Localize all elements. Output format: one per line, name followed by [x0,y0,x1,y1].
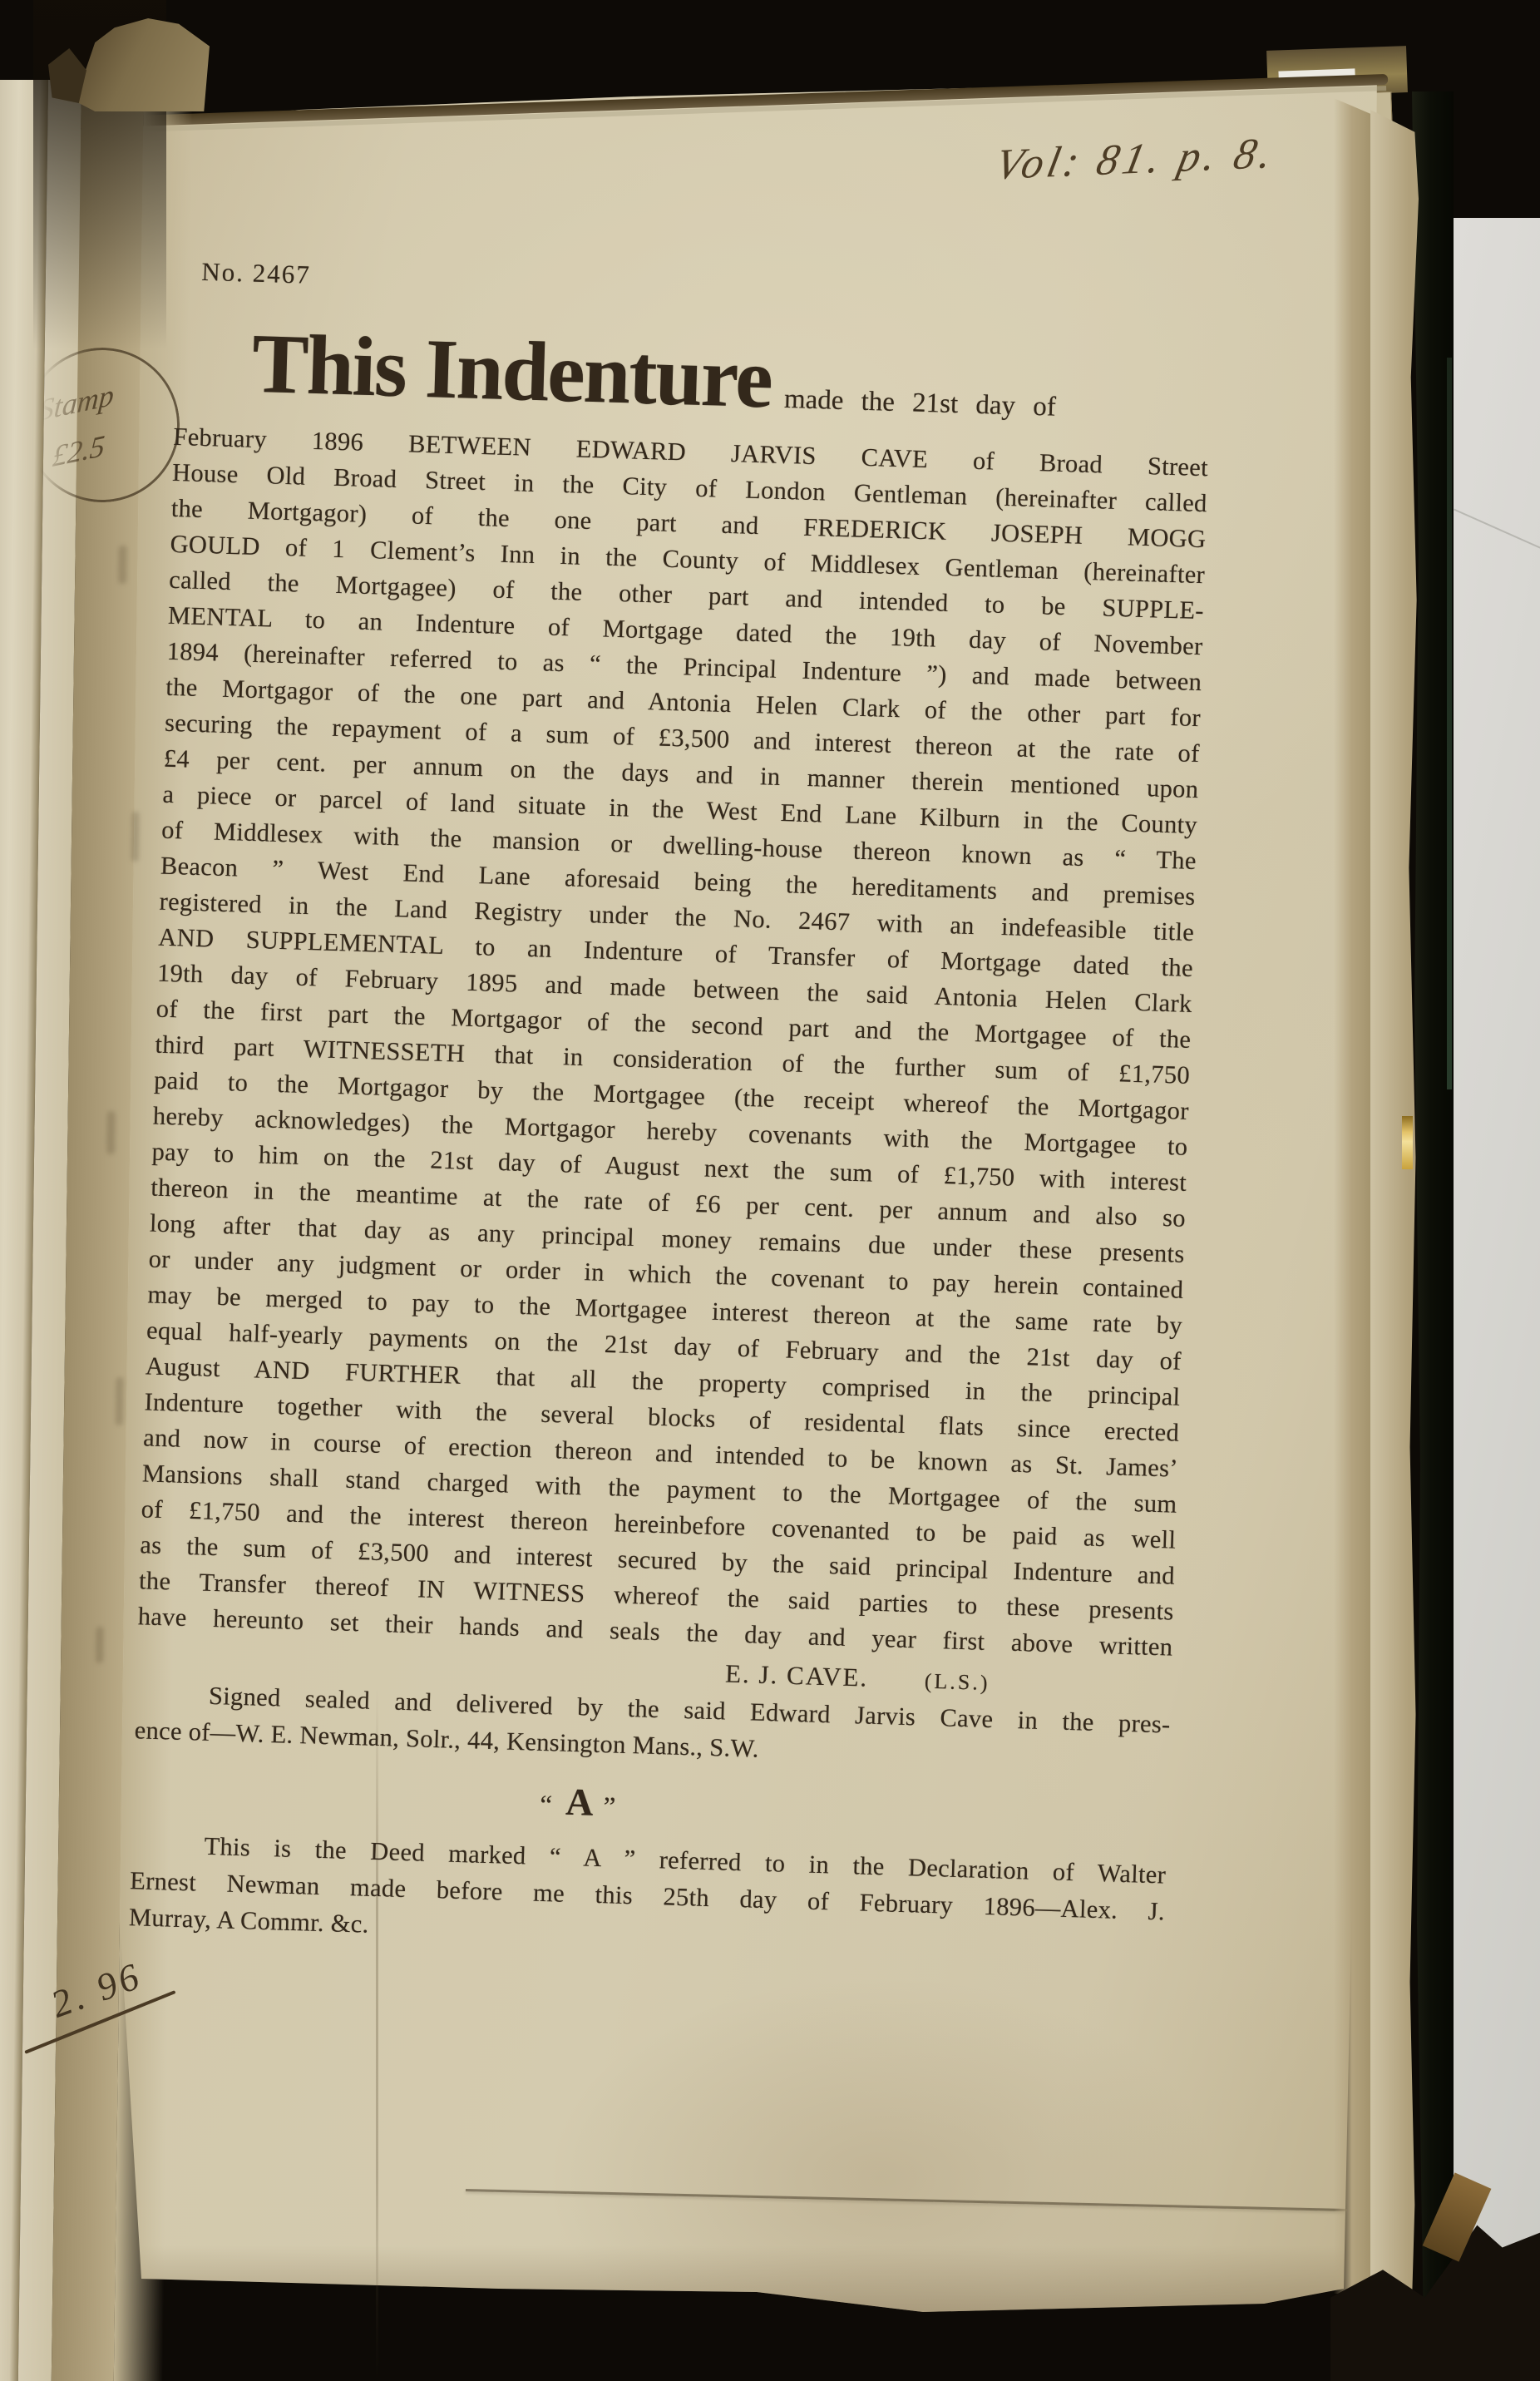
stamp-word: Stamp [37,377,115,428]
cover-cloth-highlight [1447,358,1452,1089]
exhibit-close-quote: ” [603,1792,619,1823]
ink-showthrough [116,1377,124,1425]
exhibit-letter: A [565,1781,595,1824]
page-bottom-wear [50,2245,1390,2312]
gilt-page-edge [1402,1116,1413,1169]
exhibit-open-quote: “ [540,1791,556,1821]
stamp-amount: £2.5 [52,427,106,474]
deed-heading: This Indenturemade the 21st day of [251,322,1212,436]
photograph-of-deed-page: Vol: 81. p. 8. Stamp £2.5 2. 96 No. 2467… [0,0,1540,2381]
signature-seal-mark: (L.S.) [924,1669,990,1695]
heading-blackletter: This Indenture [250,317,772,427]
page-edge-strip-light [1370,110,1419,2339]
ink-showthrough [106,1111,116,1154]
signature-name: E. J. CAVE. [725,1659,869,1692]
white-sheet-crease [1454,509,1540,561]
deed-printed-content: No. 2467 This Indenturemade the 21st day… [128,256,1213,1966]
ink-showthrough [118,546,127,584]
background-white-sheet [1449,218,1540,2381]
ink-showthrough [131,812,140,862]
deed-body: February 1896 BETWEEN EDWARD JARVIS CAVE… [137,419,1208,1666]
ink-showthrough [96,1627,104,1663]
heading-continuation: made the 21st day of [783,384,1056,422]
